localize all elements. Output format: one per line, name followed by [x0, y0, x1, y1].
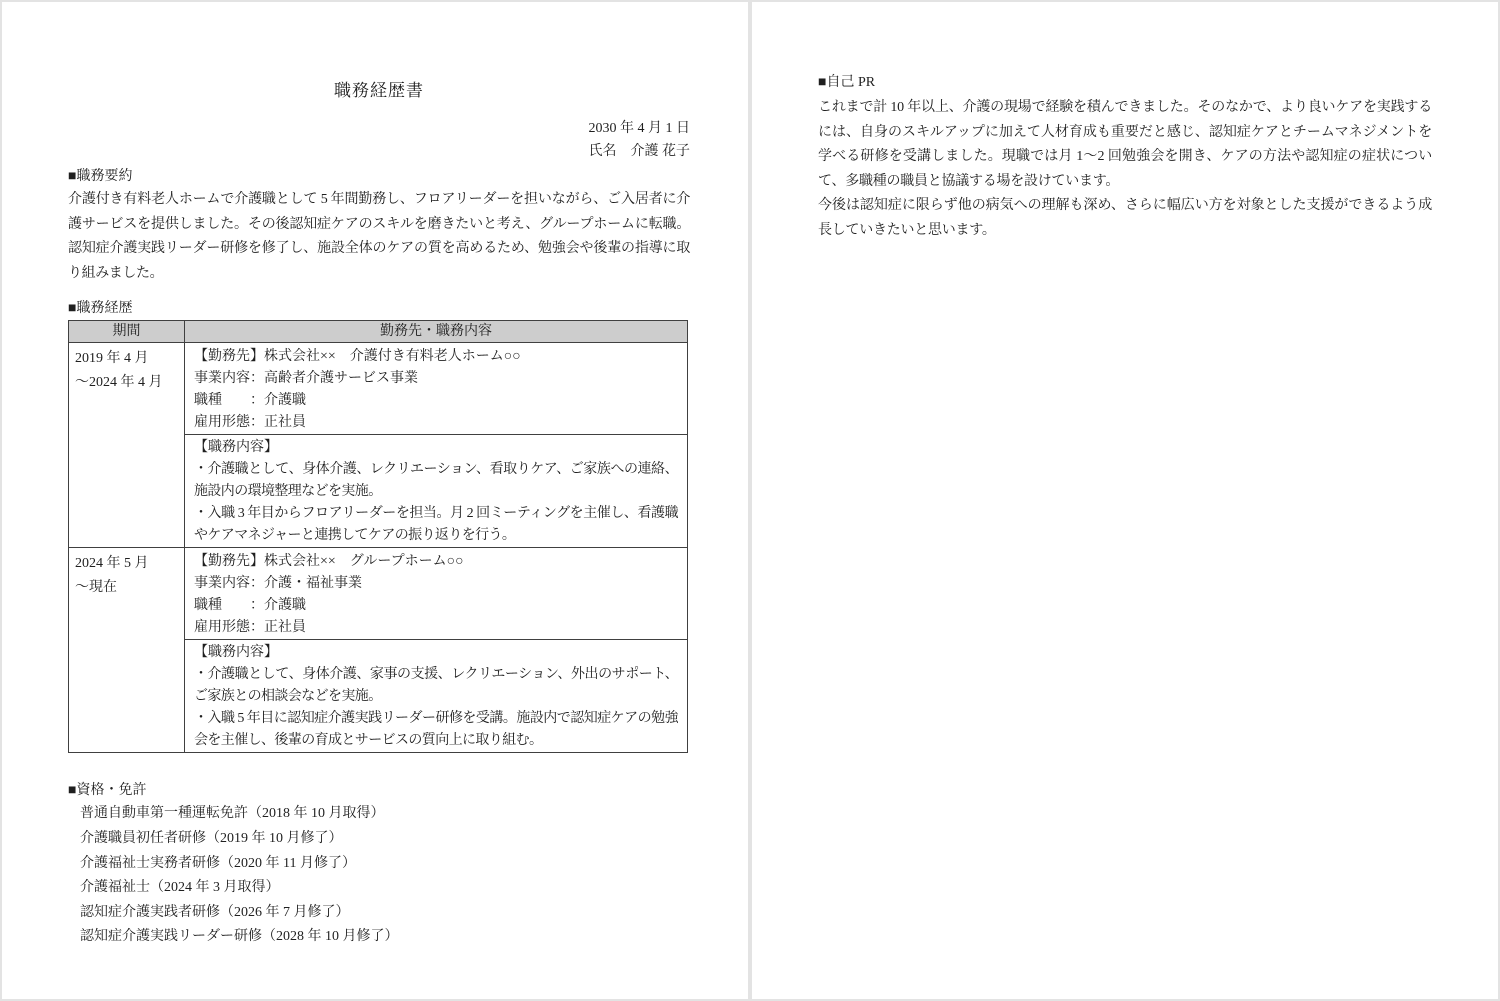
duty-item: ・介護職として、身体介護、レクリエーション、看取りケア、ご家族への連絡、施設内の…	[194, 459, 678, 503]
job-type: 職種 ：介護職	[194, 595, 678, 617]
self-pr-body: これまで計 10 年以上、介護の現場で経験を積んできました。そのなかで、より良い…	[818, 96, 1432, 244]
license-item: 介護福祉士実務者研修（2020 年 11 月修了）	[68, 852, 690, 877]
summary-text: 介護付き有料老人ホームで介護職として 5 年間勤務し、フロアリーダーを担いながら…	[68, 188, 690, 286]
document-title: 職務経歴書	[68, 2, 690, 101]
self-pr-heading: ■自己 PR	[818, 72, 1432, 94]
license-item: 認知症介護実践リーダー研修（2028 年 10 月修了）	[68, 925, 690, 950]
self-pr-paragraph: これまで計 10 年以上、介護の現場で経験を積んできました。そのなかで、より良い…	[818, 96, 1432, 194]
column-header-period: 期間	[69, 321, 185, 343]
career-heading: ■職務経歴	[68, 298, 690, 320]
resume-page-1: 職務経歴書 2030 年 4 月 1 日 氏名 介護 花子 ■職務要約 介護付き…	[2, 2, 748, 999]
employment-type: 雇用形態：正社員	[194, 617, 678, 639]
duty-item: ・入職 5 年目に認知症介護実践リーダー研修を受講。施設内で認知症ケアの勉強会を…	[194, 708, 678, 752]
duty-item: ・介護職として、身体介護、家事の支援、レクリエーション、外出のサポート、ご家族と…	[194, 664, 678, 708]
employer-cell: 【勤務先】株式会社×× グループホーム○○ 事業内容：介護・福祉事業 職種 ：介…	[185, 548, 688, 640]
job-type: 職種 ：介護職	[194, 390, 678, 412]
document-date: 2030 年 4 月 1 日	[68, 118, 690, 140]
career-table-header-row: 期間 勤務先・職務内容	[69, 321, 688, 343]
license-item: 介護福祉士（2024 年 3 月取得）	[68, 876, 690, 901]
self-pr-paragraph: 今後は認知症に限らず他の病気への理解も深め、さらに幅広い方を対象とした支援ができ…	[818, 194, 1432, 243]
period-cell: 2019 年 4 月 ～2024 年 4 月	[69, 343, 185, 548]
duties-heading: 【職務内容】	[194, 642, 678, 664]
period-start: 2019 年 4 月	[75, 347, 178, 371]
duties-cell: 【職務内容】 ・介護職として、身体介護、レクリエーション、看取りケア、ご家族への…	[185, 435, 688, 548]
career-entry-1-employer-row: 2019 年 4 月 ～2024 年 4 月 【勤務先】株式会社×× 介護付き有…	[69, 343, 688, 435]
career-entry-2-employer-row: 2024 年 5 月 ～現在 【勤務先】株式会社×× グループホーム○○ 事業内…	[69, 548, 688, 640]
document-viewer: 職務経歴書 2030 年 4 月 1 日 氏名 介護 花子 ■職務要約 介護付き…	[0, 0, 1500, 1001]
license-item: 認知症介護実践者研修（2026 年 7 月修了）	[68, 901, 690, 926]
duties-cell: 【職務内容】 ・介護職として、身体介護、家事の支援、レクリエーション、外出のサポ…	[185, 640, 688, 753]
period-end: ～2024 年 4 月	[75, 371, 178, 395]
employer-cell: 【勤務先】株式会社×× 介護付き有料老人ホーム○○ 事業内容：高齢者介護サービス…	[185, 343, 688, 435]
column-header-details: 勤務先・職務内容	[185, 321, 688, 343]
career-table: 期間 勤務先・職務内容 2019 年 4 月 ～2024 年 4 月 【勤務先】…	[68, 320, 688, 753]
business-description: 事業内容：高齢者介護サービス事業	[194, 368, 678, 390]
resume-page-2: ■自己 PR これまで計 10 年以上、介護の現場で経験を積んできました。そのな…	[752, 2, 1498, 999]
employment-type: 雇用形態：正社員	[194, 412, 678, 434]
applicant-name: 氏名 介護 花子	[68, 141, 690, 163]
employer-name: 【勤務先】株式会社×× 介護付き有料老人ホーム○○	[194, 346, 678, 368]
license-item: 介護職員初任者研修（2019 年 10 月修了）	[68, 827, 690, 852]
business-description: 事業内容：介護・福祉事業	[194, 573, 678, 595]
page-2-content: ■自己 PR これまで計 10 年以上、介護の現場で経験を積んできました。そのな…	[818, 2, 1432, 244]
page-1-content: 職務経歴書 2030 年 4 月 1 日 氏名 介護 花子 ■職務要約 介護付き…	[68, 2, 690, 950]
summary-heading: ■職務要約	[68, 166, 690, 188]
licenses-heading: ■資格・免許	[68, 780, 690, 802]
period-start: 2024 年 5 月	[75, 552, 178, 576]
period-cell: 2024 年 5 月 ～現在	[69, 548, 185, 753]
license-item: 普通自動車第一種運転免許（2018 年 10 月取得）	[68, 802, 690, 827]
duties-heading: 【職務内容】	[194, 437, 678, 459]
period-end: ～現在	[75, 576, 178, 600]
license-list: 普通自動車第一種運転免許（2018 年 10 月取得） 介護職員初任者研修（20…	[68, 802, 690, 950]
employer-name: 【勤務先】株式会社×× グループホーム○○	[194, 551, 678, 573]
duty-item: ・入職 3 年目からフロアリーダーを担当。月 2 回ミーティングを主催し、看護職…	[194, 503, 678, 547]
